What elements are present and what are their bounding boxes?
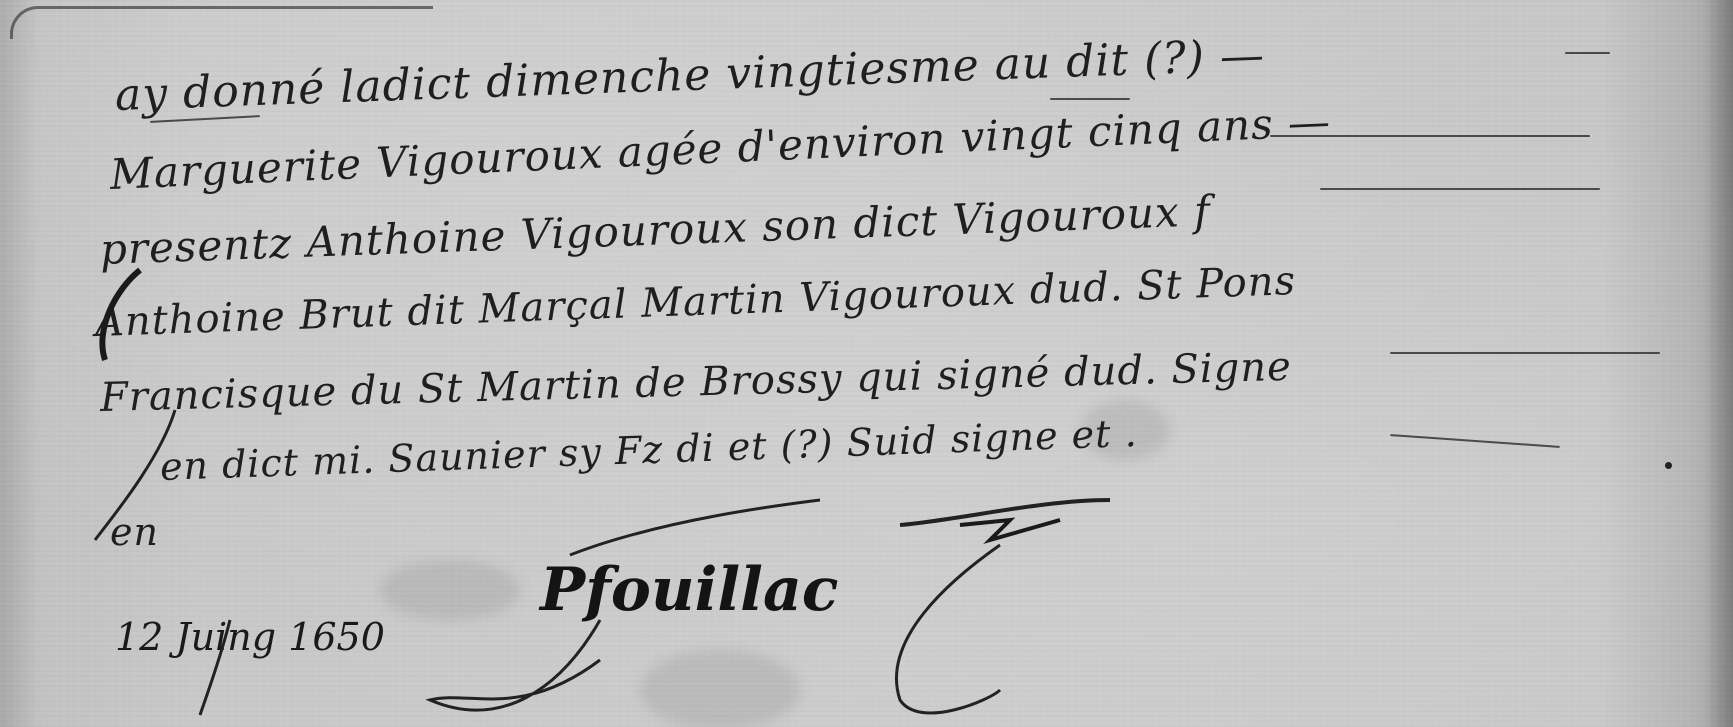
underline-stroke xyxy=(1565,52,1610,54)
margin-date: 12 Juing 1650 xyxy=(115,615,385,659)
page-binding-shadow xyxy=(1705,0,1733,727)
underline-stroke xyxy=(1320,188,1600,190)
full-stop-mark xyxy=(1665,462,1672,469)
paper-stain xyxy=(380,560,520,620)
page-corner-edge xyxy=(10,6,433,39)
entry-line-3: presentz Anthoine Vigouroux son dict Vig… xyxy=(99,186,1211,274)
entry-line-6: en dict mi. Saunier sy Fz di et (?) Suid… xyxy=(159,411,1138,489)
signature: Pfouillac xyxy=(540,555,838,625)
underline-stroke xyxy=(1390,434,1560,448)
underline-stroke xyxy=(1390,352,1660,354)
underline-stroke xyxy=(1050,98,1130,100)
entry-line-7: en xyxy=(110,510,159,554)
paper-stain xyxy=(640,650,800,727)
entry-line-4: Anthoine Brut dit Marçal Martin Vigourou… xyxy=(94,258,1297,346)
manuscript-page: ay donné ladict dimenche vingtiesme au d… xyxy=(0,0,1733,727)
